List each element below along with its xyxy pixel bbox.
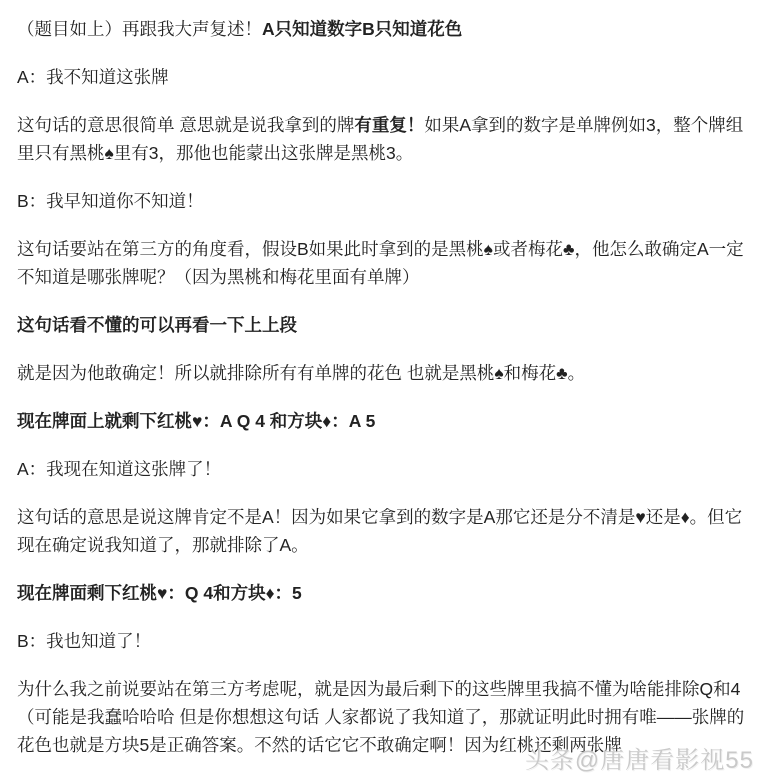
bold-text-segment: A只知道数字B只知道花色 bbox=[262, 19, 462, 39]
paragraph: 为什么我之前说要站在第三方考虑呢，就是因为最后剩下的这些牌里我搞不懂为啥能排除Q… bbox=[17, 675, 745, 759]
paragraph: B：我早知道你不知道！ bbox=[17, 187, 745, 215]
text-segment: A：我现在知道这张牌了！ bbox=[17, 459, 221, 479]
paragraph: 这句话要站在第三方的角度看，假设B如果此时拿到的是黑桃♠或者梅花♣，他怎么敢确定… bbox=[17, 235, 745, 291]
text-segment: 就是因为他敢确定！所以就排除所有有单牌的花色 也就是黑桃♠和梅花♣。 bbox=[17, 363, 585, 383]
text-segment: 为什么我之前说要站在第三方考虑呢，就是因为最后剩下的这些牌里我搞不懂为啥能排除Q… bbox=[17, 679, 744, 755]
text-segment: B：我也知道了！ bbox=[17, 631, 151, 651]
text-segment: B：我早知道你不知道！ bbox=[17, 191, 204, 211]
paragraph: 现在牌面剩下红桃♥：Q 4和方块♦：5 bbox=[17, 579, 745, 607]
bold-text-segment: 现在牌面剩下红桃♥：Q 4和方块♦：5 bbox=[17, 583, 302, 603]
paragraph: A：我不知道这张牌 bbox=[17, 63, 745, 91]
text-segment: A：我不知道这张牌 bbox=[17, 67, 169, 87]
bold-text-segment: 这句话看不懂的可以再看一下上上段 bbox=[17, 315, 297, 335]
paragraph: A：我现在知道这张牌了！ bbox=[17, 455, 745, 483]
text-segment: 这句话的意思很简单 意思就是说我拿到的牌 bbox=[17, 115, 354, 135]
paragraph: 这句话的意思是说这牌肯定不是A！因为如果它拿到的数字是A那它还是分不清是♥还是♦… bbox=[17, 503, 745, 559]
paragraph: （题目如上）再跟我大声复述！A只知道数字B只知道花色 bbox=[17, 15, 745, 43]
text-segment: 这句话的意思是说这牌肯定不是A！因为如果它拿到的数字是A那它还是分不清是♥还是♦… bbox=[17, 507, 742, 555]
bold-text-segment: 现在牌面上就剩下红桃♥：A Q 4 和方块♦：A 5 bbox=[17, 411, 375, 431]
bold-text-segment: 有重复！ bbox=[354, 115, 424, 135]
paragraph: 这句话的意思很简单 意思就是说我拿到的牌有重复！如果A拿到的数字是单牌例如3，整… bbox=[17, 111, 745, 167]
article-body: （题目如上）再跟我大声复述！A只知道数字B只知道花色A：我不知道这张牌这句话的意… bbox=[0, 0, 762, 759]
paragraph: 这句话看不懂的可以再看一下上上段 bbox=[17, 311, 745, 339]
text-segment: 这句话要站在第三方的角度看，假设B如果此时拿到的是黑桃♠或者梅花♣，他怎么敢确定… bbox=[17, 239, 744, 287]
paragraph: B：我也知道了！ bbox=[17, 627, 745, 655]
paragraph: 现在牌面上就剩下红桃♥：A Q 4 和方块♦：A 5 bbox=[17, 407, 745, 435]
paragraph: 就是因为他敢确定！所以就排除所有有单牌的花色 也就是黑桃♠和梅花♣。 bbox=[17, 359, 745, 387]
text-segment: （题目如上）再跟我大声复述！ bbox=[17, 19, 262, 39]
